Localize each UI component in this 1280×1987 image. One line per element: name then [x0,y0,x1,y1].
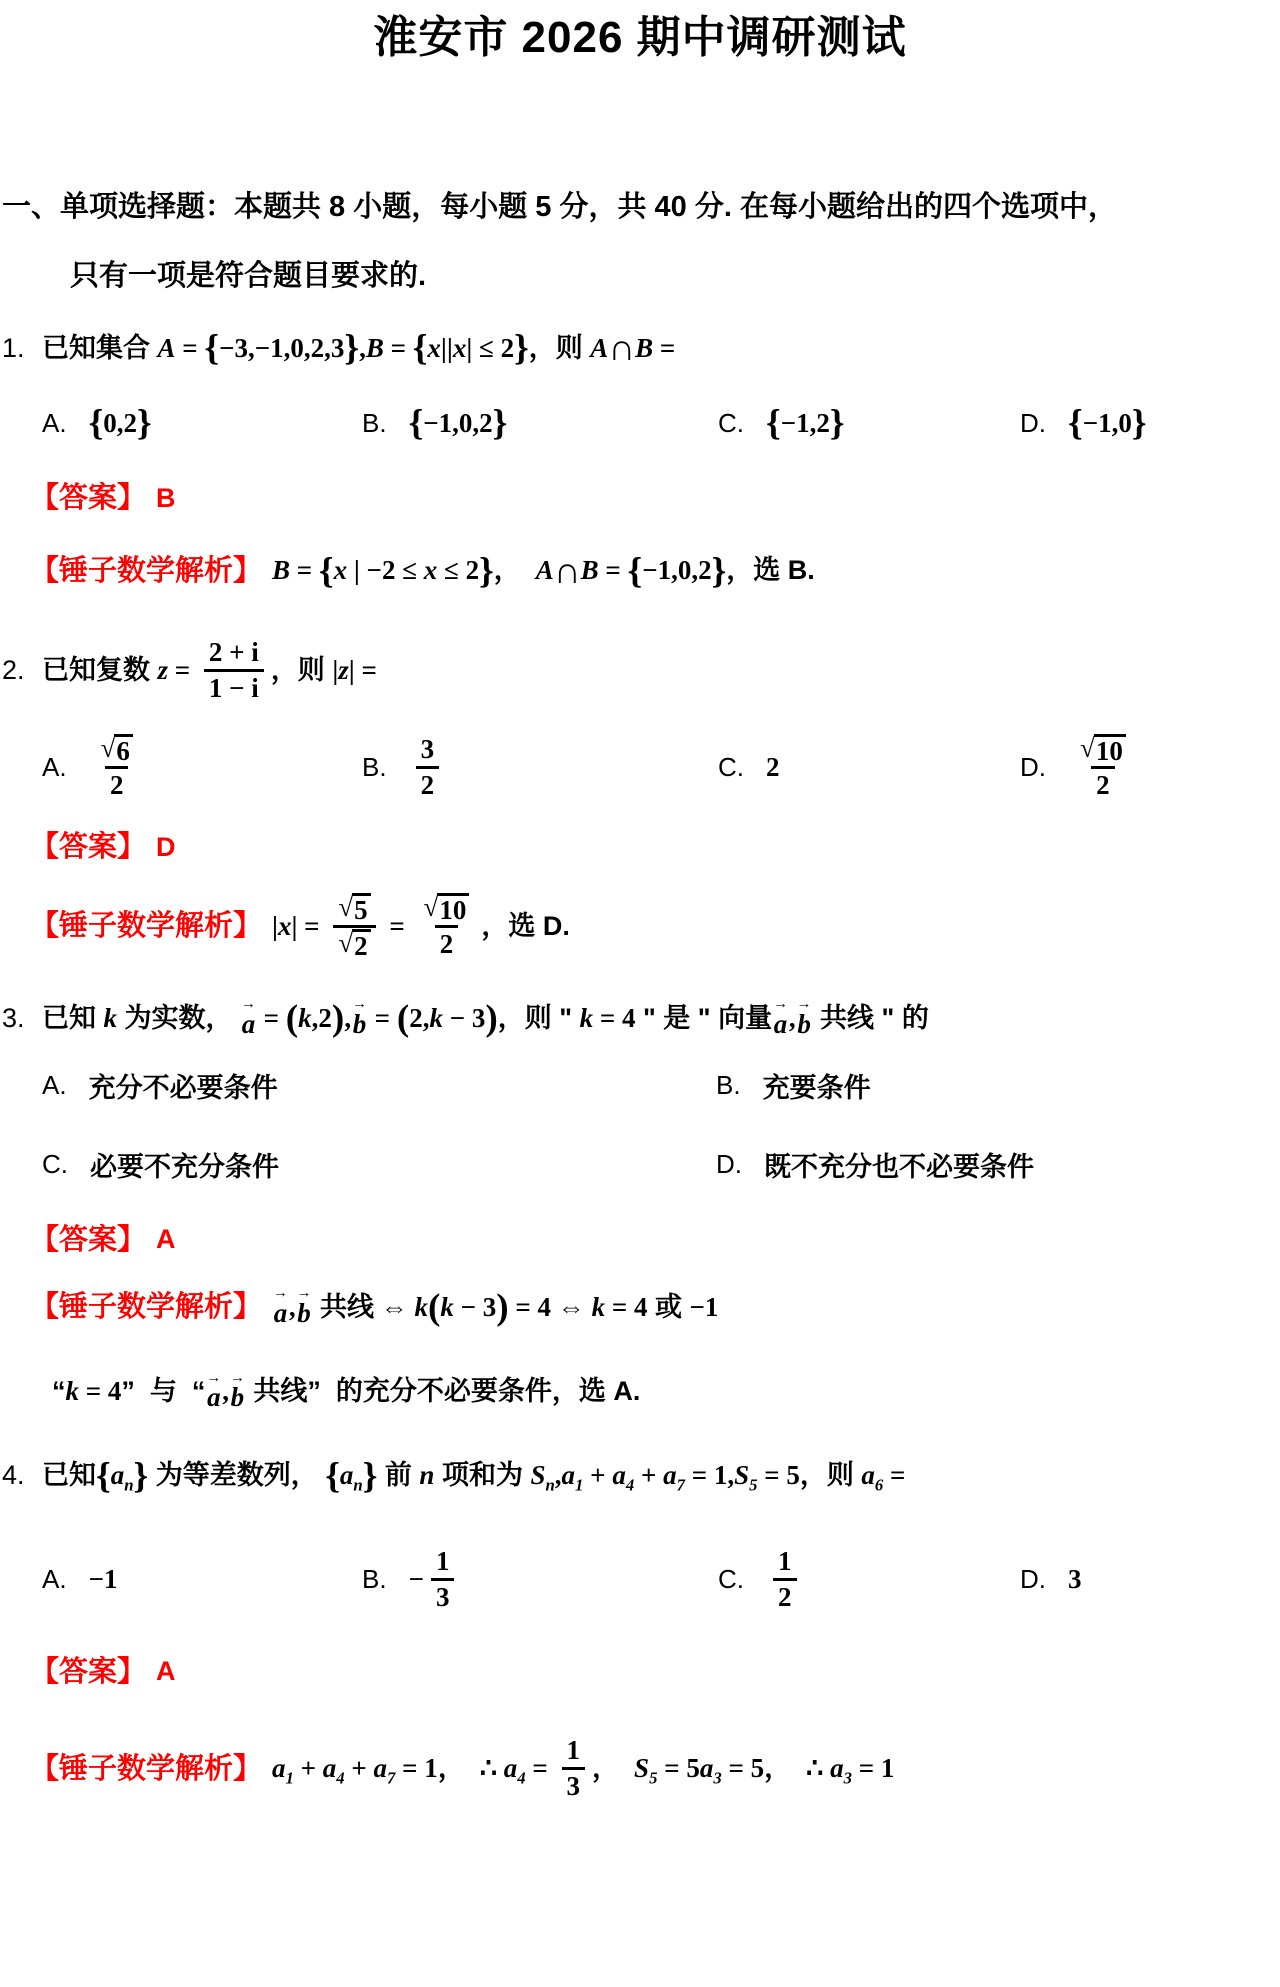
fraction-numerator: 1 [562,1734,586,1767]
math-run: − [409,1564,424,1595]
math-delimiter: ( [286,1000,298,1037]
math-run: − 3 [454,1291,496,1325]
vector-base: b [297,1299,311,1327]
text-run: ，选 B. [726,554,815,588]
math-subscript: 3 [844,1768,852,1787]
math-subscript: 4 [336,1768,344,1787]
sqrt-radical-sign: √ [101,734,116,762]
math-var: x [453,332,467,366]
text-run: 共线 " 的 [813,1002,929,1036]
vector-base: b [797,1010,811,1038]
fraction-denominator: 1 − i [204,669,264,705]
text-run: ” 与 “ [121,1375,205,1409]
vector-base: a [207,1383,221,1411]
fraction-numerator: √6 [96,733,138,766]
option-item: D.3 [1020,1564,1082,1595]
option-item: C.{−1,2} [718,405,1020,442]
fraction-numerator: √10 [1075,733,1131,766]
text-run: ， [494,554,536,588]
option-label: D. [716,1149,742,1180]
math-delimiter: } [1132,405,1147,442]
section-heading-line1: 一、单项选择题：本题共 8 小题，每小题 5 分，共 40 分. 在每小题给出的… [0,189,1280,225]
text-run: “ [52,1375,66,1409]
math-fraction: √5√2 [333,892,375,962]
math-var: k [429,1002,443,1036]
math-var: a6 [861,1459,883,1493]
analysis-line: 【锤子数学解析】B = {x | −2 ≤ x ≤ 2}， A∩B = {−1,… [0,553,1280,590]
answer-label: 【答案】 [30,1654,146,1690]
math-var: B [366,332,384,366]
math-subscript: 1 [286,1768,294,1787]
option-formula: {−1,2} [766,405,845,442]
math-run: = [384,332,413,366]
fraction-denominator: √2 [333,925,375,961]
math-run: = 4 [79,1375,121,1409]
text-run: 充分不必要条件 [89,1066,278,1105]
math-delimiter: { [413,330,428,367]
math-var: k [104,1002,118,1036]
question-stem: 3.已知 k 为实数， →a = (k,2),→b = (2,k − 3)，则 … [0,999,1280,1038]
option-formula: √62 [89,733,145,802]
math-run: 2 [766,752,780,783]
math-run: | = [291,910,326,944]
text-run: ，则 [529,332,591,366]
text-run: ，则 [271,654,333,688]
math-run: = [168,654,197,688]
math-run: 2 [778,1582,792,1613]
math-fraction: 12 [773,1545,797,1614]
answer-label: 【答案】 [30,480,146,516]
question-number: 1. [2,332,42,366]
math-run: 3 [1068,1564,1082,1595]
math-run: ⇔ [374,1291,415,1325]
answer-line: 【答案】A [0,1222,1280,1258]
math-run: 2, [409,1002,429,1036]
math-run: −1,0,2 [642,554,711,588]
analysis-text: |x| = √5√2 = √102，选 D. [272,892,570,962]
option-formula: {0,2} [89,405,152,442]
option-label: B. [362,1564,387,1595]
math-delimiter: { [204,330,219,367]
analysis-label: 【锤子数学解析】 [30,908,262,944]
fraction-numerator: 2 + i [204,636,264,669]
analysis-text: B = {x | −2 ≤ x ≤ 2}， A∩B = {−1,0,2}，选 B… [272,553,815,590]
vector-base: b [353,1010,367,1038]
math-delimiter: } [363,1458,378,1495]
math-fraction: 2 + i1 − i [204,636,264,705]
math-run: + [294,1752,323,1786]
math-fraction: 32 [416,733,440,802]
sqrt-radicand: 10 [1094,734,1126,765]
option-label: B. [362,408,387,439]
option-item: C.2 [718,752,1020,783]
fraction-denominator: 3 [562,1767,586,1803]
option-label: C. [718,752,744,783]
answer-value: A [156,1655,176,1689]
math-var: an [340,1459,363,1493]
math-delimiter: } [134,1458,149,1495]
question-block: 2.已知复数 z = 2 + i1 − i，则 |z| =A.√62B.32C.… [0,636,1280,961]
math-run: 2 + i [209,637,259,668]
text-run: ，则 " [498,1002,580,1036]
math-var: k [414,1291,428,1325]
math-run: + [634,1459,663,1493]
math-run: , [359,332,366,366]
math-vector: →a [241,999,256,1038]
section-heading-line2: 只有一项是符合题目要求的. [0,258,1280,294]
math-var: a3 [700,1752,722,1786]
option-formula: −13 [409,1545,462,1614]
math-run: = [526,1752,555,1786]
option-formula: 32 [409,733,447,802]
math-delimiter: ( [428,1289,440,1326]
sqrt-radical-sign: √ [1080,734,1095,762]
option-item: A.充分不必要条件 [42,1066,716,1105]
math-delimiter: } [137,405,152,442]
math-delimiter: { [89,405,104,442]
math-var: A [536,554,554,588]
math-var: a7 [663,1459,685,1493]
text-run: 已知 [42,1459,96,1493]
math-run: 3 [436,1582,450,1613]
math-run: −3,−1,0,2,3 [219,332,344,366]
math-delimiter: } [344,330,359,367]
math-delimiter: { [766,405,781,442]
text-run: ， [438,1752,480,1786]
math-run: = 5 [758,1459,800,1493]
math-sqrt: √10 [424,893,470,924]
vector-base: a [774,1010,788,1038]
question-text: 已知 k 为实数， →a = (k,2),→b = (2,k − 3)，则 " … [42,999,929,1038]
math-run: = [599,554,628,588]
option-label: D. [1020,752,1046,783]
fraction-numerator: 3 [416,733,440,766]
analysis-label: 【锤子数学解析】 [30,1751,262,1787]
analysis-line: 【锤子数学解析】|x| = √5√2 = √102，选 D. [0,892,1280,962]
vector-base: a [242,1010,256,1038]
math-run: ≤ 2 [437,554,479,588]
question-block: 4.已知{an} 为等差数列， {an} 前 n 项和为 Sn,a1 + a4 … [0,1458,1280,1804]
text-run: ， [764,1752,806,1786]
text-run: ，则 [800,1459,862,1493]
math-sqrt: √6 [101,734,133,765]
question-text: 已知集合 A = {−3,−1,0,2,3},B = {x||x| ≤ 2}，则… [42,330,675,367]
option-formula: 必要不充分条件 [90,1145,279,1184]
fraction-denominator: 2 [773,1578,797,1614]
math-run: = [176,332,205,366]
math-run: −1,2 [781,408,830,439]
text-run: 项和为 [434,1459,530,1493]
math-delimiter: { [1068,405,1083,442]
math-run: 2 [110,770,124,801]
question-stem: 2.已知复数 z = 2 + i1 − i，则 |z| = [0,636,1280,705]
question-stem: 1.已知集合 A = {−3,−1,0,2,3},B = {x||x| ≤ 2}… [0,330,1280,367]
text-run: 既不充分也不必要条件 [764,1145,1034,1184]
questions-container: 1.已知集合 A = {−3,−1,0,2,3},B = {x||x| ≤ 2}… [0,330,1280,1804]
question-block: 1.已知集合 A = {−3,−1,0,2,3},B = {x||x| ≤ 2}… [0,330,1280,590]
text-run: 已知 [42,1002,104,1036]
option-formula: 12 [766,1545,804,1614]
option-formula: √102 [1068,733,1138,802]
math-var: A [158,332,176,366]
math-var: k [592,1291,606,1325]
math-var: a4 [323,1752,345,1786]
math-delimiter: { [96,1458,111,1495]
option-item: B.32 [362,733,718,802]
math-var: B [635,332,653,366]
math-var: k [298,1002,312,1036]
math-run: = [883,1459,905,1493]
option-item: B.{−1,0,2} [362,405,718,442]
math-vector: →a [273,1288,288,1327]
math-subscript: 5 [749,1476,757,1495]
math-run: = 5 [722,1752,764,1786]
options-row: C.必要不充分条件D.既不充分也不必要条件 [0,1145,1280,1184]
page-title: 淮安市 2026 期中调研测试 [0,12,1280,65]
option-label: C. [42,1149,68,1180]
math-var: x [424,554,438,588]
option-label: A. [42,752,67,783]
math-sqrt: √10 [1080,734,1126,765]
option-label: C. [718,1564,744,1595]
option-label: A. [42,1070,67,1101]
sqrt-radicand: 10 [437,893,469,924]
math-subscript: n [124,1476,133,1495]
math-run: | ≤ 2 [466,332,514,366]
option-formula: 2 [766,752,780,783]
math-var: S5 [734,1459,757,1493]
text-run: 充要条件 [763,1066,871,1105]
math-delimiter: } [514,330,529,367]
math-run: − 3 [443,1002,485,1036]
text-run: 为实数， [117,1002,240,1036]
option-label: C. [718,408,744,439]
math-var: n [419,1459,434,1493]
text-run: 共线 [312,1291,374,1325]
sqrt-radicand: 6 [114,734,133,765]
math-run: ,2 [312,1002,332,1036]
answer-label: 【答案】 [30,829,146,865]
math-delimiter: ∩ [608,330,635,367]
sqrt-radicand: 2 [352,929,371,960]
math-var: an [111,1459,134,1493]
math-run: = 1 [852,1752,894,1786]
math-run: −1 [89,1564,118,1595]
math-run: = 4 ⇔ [509,1291,592,1325]
text-run: " 是 " 向量 [635,1002,772,1036]
math-run: = [653,332,675,366]
option-item: B.充要条件 [716,1066,871,1105]
math-run: = 4 [593,1002,635,1036]
math-subscript: n [353,1476,362,1495]
text-run: 共线” 的充分不必要条件，选 A. [246,1375,641,1409]
math-run: = 1 [395,1752,437,1786]
math-sqrt: √5 [338,893,370,924]
analysis-line: 【锤子数学解析】a1 + a4 + a7 = 1， ∴ a4 = 13， S5 … [0,1734,1280,1803]
math-run: , [789,1002,796,1036]
math-run: + [583,1459,612,1493]
option-formula: 充分不必要条件 [89,1066,278,1105]
math-subscript: 1 [575,1476,583,1495]
vector-base: a [274,1299,288,1327]
math-var: x [278,910,292,944]
math-run: 2 [1096,770,1110,801]
option-formula: −1 [89,1564,118,1595]
question-number: 4. [2,1459,42,1493]
math-subscript: 4 [626,1476,634,1495]
text-run: ， [592,1752,634,1786]
math-var: z [338,654,349,688]
analysis-line: 【锤子数学解析】→a,→b 共线 ⇔ k(k − 3) = 4 ⇔ k = 4 … [0,1288,1280,1327]
math-vector: →a [773,999,788,1038]
math-subscript: n [545,1476,554,1495]
question-number: 3. [2,1002,42,1036]
math-run: , [289,1291,296,1325]
math-delimiter: ) [485,1000,497,1037]
math-run: = 5 [657,1752,699,1786]
option-item: A.−1 [42,1564,362,1595]
sqrt-radical-sign: √ [424,893,439,921]
question-text: 已知{an} 为等差数列， {an} 前 n 项和为 Sn,a1 + a4 + … [42,1458,905,1495]
math-delimiter: { [325,1458,340,1495]
analysis-text: a1 + a4 + a7 = 1， ∴ a4 = 13， S5 = 5a3 = … [272,1734,894,1803]
option-formula: 既不充分也不必要条件 [764,1145,1034,1184]
answer-line: 【答案】D [0,829,1280,865]
option-item: B.−13 [362,1545,718,1614]
math-delimiter: } [479,553,494,590]
math-var: a7 [374,1752,396,1786]
math-fraction: √62 [96,733,138,802]
math-subscript: 7 [677,1476,685,1495]
answer-value: A [156,1223,176,1257]
option-item: C.必要不充分条件 [42,1145,716,1184]
sqrt-radical-sign: √ [338,893,353,921]
math-fraction: √102 [419,892,475,961]
question-stem: 4.已知{an} 为等差数列， {an} 前 n 项和为 Sn,a1 + a4 … [0,1458,1280,1495]
answer-label: 【答案】 [30,1222,146,1258]
option-item: D.既不充分也不必要条件 [716,1145,1034,1184]
math-run: , [555,1459,562,1493]
math-subscript: 7 [387,1768,395,1787]
math-subscript: 3 [713,1768,721,1787]
option-formula: 3 [1068,1564,1082,1595]
math-run: = 4 [605,1291,647,1325]
math-delimiter: } [830,405,845,442]
math-vector: →b [230,1373,245,1412]
math-vector: →b [352,999,367,1038]
text-run: 已知集合 [42,332,158,366]
math-fraction: 13 [562,1734,586,1803]
math-var: z [158,654,169,688]
math-run: 2 [440,929,454,960]
math-var: S5 [634,1752,657,1786]
math-var: k [440,1291,454,1325]
option-item: A.√62 [42,733,362,802]
option-formula: 充要条件 [763,1066,871,1105]
answer-line: 【答案】B [0,480,1280,516]
math-run: = 1, [685,1459,734,1493]
math-var: a4 [504,1752,526,1786]
exam-page: 淮安市 2026 期中调研测试 一、单项选择题：本题共 8 小题，每小题 5 分… [0,0,1280,1987]
options-row: A.充分不必要条件B.充要条件 [0,1066,1280,1105]
math-run: 1 [436,1546,450,1577]
analysis-label: 【锤子数学解析】 [30,1289,262,1325]
math-var: B [272,554,290,588]
math-var: a4 [612,1459,634,1493]
math-delimiter: ( [397,1000,409,1037]
math-delimiter: } [493,405,508,442]
text-run: 前 [377,1459,419,1493]
math-vector: →b [297,1288,312,1327]
options-row: A.{0,2}B.{−1,0,2}C.{−1,2}D.{−1,0} [0,405,1280,442]
math-var: Sn [530,1459,554,1493]
sqrt-radicand: 5 [352,893,371,924]
fraction-denominator: 2 [416,766,440,802]
fraction-numerator: √5 [333,892,375,925]
fraction-numerator: √10 [419,892,475,925]
math-subscript: 6 [875,1476,883,1495]
option-label: D. [1020,408,1046,439]
options-row: A.√62B.32C.2D.√102 [0,733,1280,802]
math-delimiter: } [712,553,727,590]
text-run: 为等差数列， [148,1459,325,1493]
text-run: ，选 D. [481,910,570,944]
math-var: x [334,554,348,588]
option-item: A.{0,2} [42,405,362,442]
math-run: ∴ [806,1752,830,1786]
math-sqrt: √2 [338,929,370,960]
option-label: D. [1020,1564,1046,1595]
option-formula: {−1,0,2} [409,405,508,442]
math-var: x [427,332,441,366]
option-item: D.{−1,0} [1020,405,1147,442]
math-var: a1 [562,1459,584,1493]
math-delimiter: { [319,553,334,590]
fraction-denominator: 2 [1091,766,1115,802]
math-run: 1 [778,1546,792,1577]
answer-value: D [156,831,176,865]
math-var: a3 [830,1752,852,1786]
analysis-line: “k = 4” 与 “→a,→b 共线” 的充分不必要条件，选 A. [0,1373,1280,1412]
math-run: 1 − i [209,673,259,704]
math-var: k [66,1375,80,1409]
question-number: 2. [2,654,42,688]
option-item: D.√102 [1020,733,1138,802]
math-var: A [590,332,608,366]
math-run: −1,0,2 [423,408,492,439]
math-run: 1 [567,1735,581,1766]
analysis-text: “k = 4” 与 “→a,→b 共线” 的充分不必要条件，选 A. [52,1373,640,1412]
answer-value: B [156,482,176,516]
option-label: A. [42,408,67,439]
question-block: 3.已知 k 为实数， →a = (k,2),→b = (2,k − 3)，则 … [0,999,1280,1411]
math-run: = [257,1002,286,1036]
option-formula: {−1,0} [1068,405,1147,442]
text-run: 必要不充分条件 [90,1145,279,1184]
math-run: ∴ [480,1752,504,1786]
math-run: = [368,1002,397,1036]
math-run: −1 [689,1291,718,1325]
text-run: 已知复数 [42,654,158,688]
math-vector: →a [206,1373,221,1412]
math-delimiter: ) [496,1289,508,1326]
fraction-denominator: 2 [435,925,459,961]
math-run: −1,0 [1083,408,1132,439]
math-run: = [290,554,319,588]
math-subscript: 5 [649,1768,657,1787]
math-var: k [580,1002,594,1036]
option-item: C.12 [718,1545,1020,1614]
